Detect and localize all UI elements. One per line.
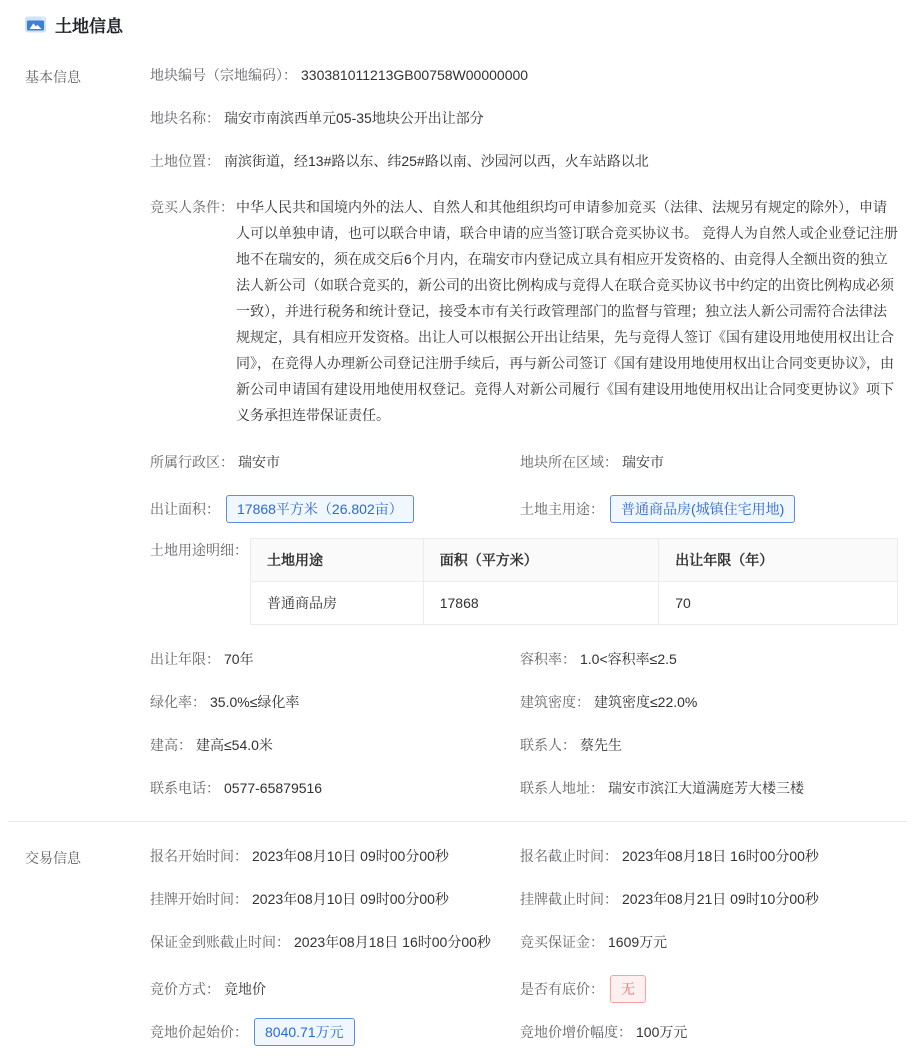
contact-label: 联系人： [520,737,576,753]
transfer-area-badge: 17868平方米（26.802亩） [226,495,414,523]
land-use-detail-row: 土地用途明细： 土地用途 面积（平方米） 出让年限（年） 普通商品房 17868… [150,538,898,625]
reserve-price-label: 是否有底价： [520,981,604,997]
plot-ratio-label: 容积率： [520,651,576,667]
table-cell-use: 普通商品房 [251,582,424,625]
bid-deposit-value: 1609万元 [608,934,667,950]
start-price-row: 竞地价起始价：8040.71万元 竞地价增价幅度：100万元 [150,1018,898,1046]
bidding-method-value: 竞地价 [224,981,266,997]
transfer-years-label: 出让年限： [150,651,220,667]
table-header-years: 出让年限（年） [659,539,898,582]
transfer-years-field: 出让年限：70年 [150,649,520,669]
reserve-price-field: 是否有底价：无 [520,975,898,1003]
green-rate-label: 绿化率： [150,694,206,710]
land-use-detail-table: 土地用途 面积（平方米） 出让年限（年） 普通商品房 17868 70 [250,538,898,625]
transfer-years-value: 70年 [224,651,254,667]
signup-start-label: 报名开始时间： [150,848,248,864]
green-rate-field: 绿化率：35.0%≤绿化率 [150,692,520,712]
main-use-badge: 普通商品房(城镇住宅用地) [610,495,795,523]
building-height-label: 建高： [150,737,192,753]
phone-address-row: 联系电话：0577-65879516 联系人地址：瑞安市滨江大道满庭芳大楼三楼 [150,778,898,798]
building-density-value: 建筑密度≤22.0% [594,694,697,710]
start-price-badge: 8040.71万元 [254,1018,355,1046]
building-height-field: 建高：建高≤54.0米 [150,735,520,755]
basic-info-section: 基本信息 地块编号（宗地编码）：330381011213GB00758W0000… [0,65,915,798]
page-header: 土地信息 [0,0,915,37]
contact-phone-value: 0577-65879516 [224,780,322,796]
listing-time-row: 挂牌开始时间：2023年08月10日 09时00分00秒 挂牌截止时间：2023… [150,889,898,909]
contact-field: 联系人：蔡先生 [520,735,898,755]
listing-end-value: 2023年08月21日 09时10分00秒 [622,891,819,907]
parcel-code-row: 地块编号（宗地编码）：330381011213GB00758W00000000 [150,65,898,85]
contact-value: 蔡先生 [580,737,622,753]
contact-address-value: 瑞安市滨江大道满庭芳大楼三楼 [608,780,804,796]
parcel-region-label: 地块所在区域： [520,454,618,470]
table-header-row: 土地用途 面积（平方米） 出让年限（年） [251,539,898,582]
table-cell-years: 70 [659,582,898,625]
contact-phone-field: 联系电话：0577-65879516 [150,778,520,798]
reserve-price-badge: 无 [610,975,646,1003]
land-location-value: 南滨街道，经13#路以东、纬25#路以南、沙园河以西，火车站路以北 [224,153,649,169]
parcel-code-label: 地块编号（宗地编码）： [150,67,297,83]
signup-end-label: 报名截止时间： [520,848,618,864]
building-density-label: 建筑密度： [520,694,590,710]
green-density-row: 绿化率：35.0%≤绿化率 建筑密度：建筑密度≤22.0% [150,692,898,712]
parcel-code-value: 330381011213GB00758W00000000 [301,67,528,83]
signup-time-row: 报名开始时间：2023年08月10日 09时00分00秒 报名截止时间：2023… [150,846,898,866]
land-location-label: 土地位置： [150,153,220,169]
contact-address-label: 联系人地址： [520,780,604,796]
transfer-area-label: 出让面积： [150,501,220,517]
land-use-detail-label: 土地用途明细： [150,538,248,625]
listing-start-field: 挂牌开始时间：2023年08月10日 09时00分00秒 [150,889,520,909]
trade-info-section: 交易信息 报名开始时间：2023年08月10日 09时00分00秒 报名截止时间… [0,846,915,1046]
plot-ratio-field: 容积率：1.0<容积率≤2.5 [520,649,898,669]
parcel-name-label: 地块名称： [150,110,220,126]
contact-phone-label: 联系电话： [150,780,220,796]
bidding-method-row: 竞价方式：竞地价 是否有底价：无 [150,975,898,1003]
signup-start-field: 报名开始时间：2023年08月10日 09时00分00秒 [150,846,520,866]
building-height-value: 建高≤54.0米 [196,737,273,753]
start-price-label: 竞地价起始价： [150,1024,248,1040]
start-price-field: 竞地价起始价：8040.71万元 [150,1018,520,1046]
contact-address-field: 联系人地址：瑞安市滨江大道满庭芳大楼三楼 [520,778,898,798]
bidding-method-label: 竞价方式： [150,981,220,997]
deposit-deadline-label: 保证金到账截止时间： [150,934,290,950]
bidder-conditions-label: 竞买人条件： [150,194,234,428]
plot-ratio-value: 1.0<容积率≤2.5 [580,651,677,667]
district-region-row: 所属行政区：瑞安市 地块所在区域：瑞安市 [150,452,898,472]
signup-end-value: 2023年08月18日 16时00分00秒 [622,848,819,864]
table-header-use: 土地用途 [251,539,424,582]
section-divider [8,821,907,822]
admin-district-label: 所属行政区： [150,454,234,470]
years-ratio-row: 出让年限：70年 容积率：1.0<容积率≤2.5 [150,649,898,669]
trade-info-section-label: 交易信息 [25,848,81,868]
listing-start-value: 2023年08月10日 09时00分00秒 [252,891,449,907]
parcel-region-field: 地块所在区域：瑞安市 [520,452,898,472]
building-density-field: 建筑密度：建筑密度≤22.0% [520,692,898,712]
admin-district-field: 所属行政区：瑞安市 [150,452,520,472]
green-rate-value: 35.0%≤绿化率 [210,694,299,710]
increment-value: 100万元 [636,1024,687,1040]
listing-end-label: 挂牌截止时间： [520,891,618,907]
parcel-name-value: 瑞安市南滨西单元05-35地块公开出让部分 [224,110,484,126]
height-contact-row: 建高：建高≤54.0米 联系人：蔡先生 [150,735,898,755]
increment-label: 竞地价增价幅度： [520,1024,632,1040]
deposit-deadline-value: 2023年08月18日 16时00分00秒 [294,934,491,950]
table-row: 普通商品房 17868 70 [251,582,898,625]
transfer-area-field: 出让面积：17868平方米（26.802亩） [150,495,520,523]
basic-info-section-label: 基本信息 [25,67,81,87]
bidder-conditions-value: 中华人民共和国境内外的法人、自然人和其他组织均可申请参加竞买（法律、法规另有规定… [236,194,898,428]
image-mountain-icon [25,16,46,33]
listing-end-field: 挂牌截止时间：2023年08月21日 09时10分00秒 [520,889,898,909]
table-cell-area: 17868 [423,582,659,625]
land-location-row: 土地位置：南滨街道，经13#路以东、纬25#路以南、沙园河以西，火车站路以北 [150,151,898,171]
parcel-name-row: 地块名称：瑞安市南滨西单元05-35地块公开出让部分 [150,108,898,128]
page-title: 土地信息 [55,12,123,37]
bidding-method-field: 竞价方式：竞地价 [150,979,520,999]
main-use-label: 土地主用途： [520,501,604,517]
bid-deposit-field: 竞买保证金：1609万元 [520,932,898,952]
bid-deposit-label: 竞买保证金： [520,934,604,950]
bidder-conditions-row: 竞买人条件： 中华人民共和国境内外的法人、自然人和其他组织均可申请参加竞买（法律… [150,194,898,428]
area-use-row: 出让面积：17868平方米（26.802亩） 土地主用途：普通商品房(城镇住宅用… [150,495,898,523]
deposit-deadline-field: 保证金到账截止时间：2023年08月18日 16时00分00秒 [150,932,520,952]
table-header-area: 面积（平方米） [423,539,659,582]
admin-district-value: 瑞安市 [238,454,280,470]
listing-start-label: 挂牌开始时间： [150,891,248,907]
parcel-region-value: 瑞安市 [622,454,664,470]
signup-end-field: 报名截止时间：2023年08月18日 16时00分00秒 [520,846,898,866]
deposit-row: 保证金到账截止时间：2023年08月18日 16时00分00秒 竞买保证金：16… [150,932,898,952]
main-use-field: 土地主用途：普通商品房(城镇住宅用地) [520,495,898,523]
signup-start-value: 2023年08月10日 09时00分00秒 [252,848,449,864]
increment-field: 竞地价增价幅度：100万元 [520,1022,898,1042]
